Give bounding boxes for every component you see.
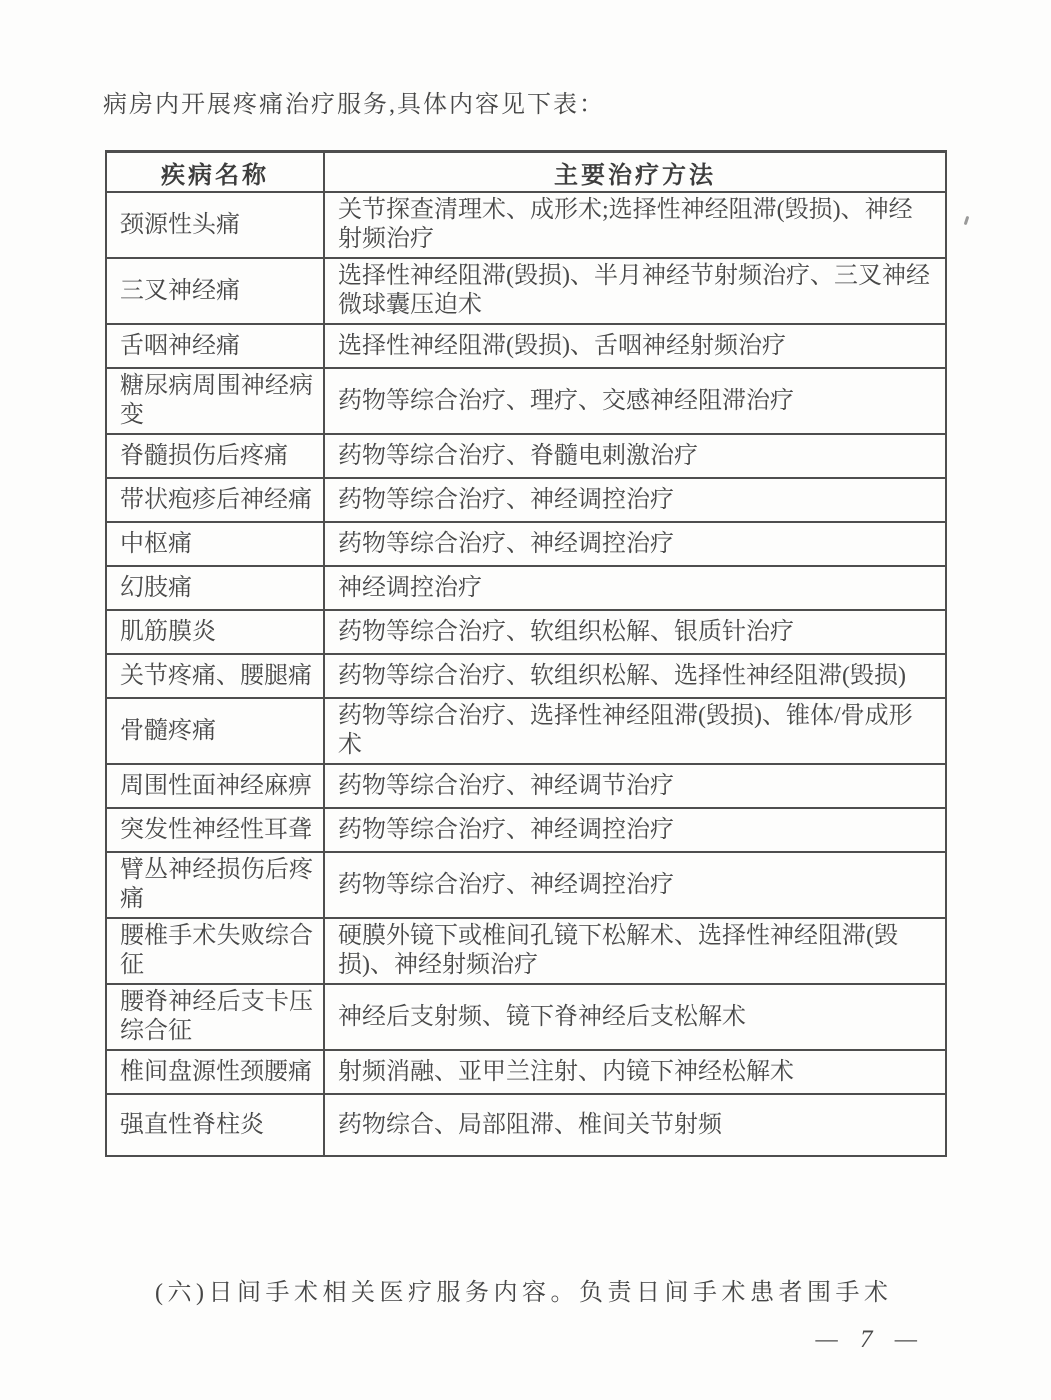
treatment-cell: 药物等综合治疗、选择性神经阻滞(毁损)、锥体/骨成形术 bbox=[324, 698, 946, 764]
table-row: 强直性脊柱炎 药物综合、局部阻滞、椎间关节射频 bbox=[106, 1094, 946, 1156]
disease-name-cell: 椎间盘源性颈腰痛 bbox=[106, 1050, 324, 1094]
treatment-cell: 药物等综合治疗、神经调控治疗 bbox=[324, 852, 946, 918]
disease-name-cell: 骨髓疼痛 bbox=[106, 698, 324, 764]
document-page: 病房内开展疼痛治疗服务,具体内容见下表： 疾病名称 主要治疗方法 颈源性头痛 关… bbox=[0, 0, 1051, 1400]
treatment-cell: 药物等综合治疗、神经调节治疗 bbox=[324, 764, 946, 808]
disease-name-cell: 幻肢痛 bbox=[106, 566, 324, 610]
col-header-disease: 疾病名称 bbox=[106, 152, 324, 193]
table-row: 三叉神经痛 选择性神经阻滞(毁损)、半月神经节射频治疗、三叉神经微球囊压迫术 bbox=[106, 258, 946, 324]
disease-name-cell: 脊髓损伤后疼痛 bbox=[106, 434, 324, 478]
treatment-cell: 射频消融、亚甲兰注射、内镜下神经松解术 bbox=[324, 1050, 946, 1094]
disease-name-cell: 带状疱疹后神经痛 bbox=[106, 478, 324, 522]
treatment-cell: 选择性神经阻滞(毁损)、半月神经节射频治疗、三叉神经微球囊压迫术 bbox=[324, 258, 946, 324]
table-row: 舌咽神经痛 选择性神经阻滞(毁损)、舌咽神经射频治疗 bbox=[106, 324, 946, 368]
table-row: 关节疼痛、腰腿痛 药物等综合治疗、软组织松解、选择性神经阻滞(毁损) bbox=[106, 654, 946, 698]
page-number: — 7 — bbox=[816, 1326, 925, 1354]
table-row: 幻肢痛 神经调控治疗 bbox=[106, 566, 946, 610]
treatment-cell: 关节探查清理术、成形术;选择性神经阻滞(毁损)、神经射频治疗 bbox=[324, 192, 946, 258]
disease-name-cell: 中枢痛 bbox=[106, 522, 324, 566]
disease-name-cell: 肌筋膜炎 bbox=[106, 610, 324, 654]
disease-name-cell: 臂丛神经损伤后疼痛 bbox=[106, 852, 324, 918]
table-row: 腰脊神经后支卡压综合征 神经后支射频、镜下脊神经后支松解术 bbox=[106, 984, 946, 1050]
table-row: 颈源性头痛 关节探查清理术、成形术;选择性神经阻滞(毁损)、神经射频治疗 bbox=[106, 192, 946, 258]
treatment-cell: 选择性神经阻滞(毁损)、舌咽神经射频治疗 bbox=[324, 324, 946, 368]
disease-name-cell: 舌咽神经痛 bbox=[106, 324, 324, 368]
treatment-cell: 硬膜外镜下或椎间孔镜下松解术、选择性神经阻滞(毁损)、神经射频治疗 bbox=[324, 918, 946, 984]
treatment-cell: 药物等综合治疗、理疗、交感神经阻滞治疗 bbox=[324, 368, 946, 434]
treatment-cell: 药物等综合治疗、神经调控治疗 bbox=[324, 478, 946, 522]
treatment-cell: 药物综合、局部阻滞、椎间关节射频 bbox=[324, 1094, 946, 1156]
treatment-cell: 药物等综合治疗、神经调控治疗 bbox=[324, 522, 946, 566]
table-row: 糖尿病周围神经病变 药物等综合治疗、理疗、交感神经阻滞治疗 bbox=[106, 368, 946, 434]
treatment-cell: 神经调控治疗 bbox=[324, 566, 946, 610]
footer-paragraph: (六)日间手术相关医疗服务内容。负责日间手术患者围手术 bbox=[155, 1272, 892, 1307]
treatment-cell: 药物等综合治疗、软组织松解、银质针治疗 bbox=[324, 610, 946, 654]
table-row: 椎间盘源性颈腰痛 射频消融、亚甲兰注射、内镜下神经松解术 bbox=[106, 1050, 946, 1094]
col-header-treatment: 主要治疗方法 bbox=[324, 152, 946, 193]
disease-name-cell: 突发性神经性耳聋 bbox=[106, 808, 324, 852]
intro-text: 病房内开展疼痛治疗服务,具体内容见下表： bbox=[103, 84, 605, 119]
table-row: 腰椎手术失败综合征 硬膜外镜下或椎间孔镜下松解术、选择性神经阻滞(毁损)、神经射… bbox=[106, 918, 946, 984]
disease-name-cell: 关节疼痛、腰腿痛 bbox=[106, 654, 324, 698]
table-row: 臂丛神经损伤后疼痛 药物等综合治疗、神经调控治疗 bbox=[106, 852, 946, 918]
treatment-table: 疾病名称 主要治疗方法 颈源性头痛 关节探查清理术、成形术;选择性神经阻滞(毁损… bbox=[105, 150, 947, 1157]
treatment-cell: 药物等综合治疗、软组织松解、选择性神经阻滞(毁损) bbox=[324, 654, 946, 698]
table-row: 脊髓损伤后疼痛 药物等综合治疗、脊髓电刺激治疗 bbox=[106, 434, 946, 478]
table-row: 突发性神经性耳聋 药物等综合治疗、神经调控治疗 bbox=[106, 808, 946, 852]
table-row: 周围性面神经麻痹 药物等综合治疗、神经调节治疗 bbox=[106, 764, 946, 808]
disease-name-cell: 糖尿病周围神经病变 bbox=[106, 368, 324, 434]
disease-name-cell: 三叉神经痛 bbox=[106, 258, 324, 324]
disease-name-cell: 腰脊神经后支卡压综合征 bbox=[106, 984, 324, 1050]
disease-name-cell: 颈源性头痛 bbox=[106, 192, 324, 258]
table-row: 带状疱疹后神经痛 药物等综合治疗、神经调控治疗 bbox=[106, 478, 946, 522]
table-row: 中枢痛 药物等综合治疗、神经调控治疗 bbox=[106, 522, 946, 566]
disease-name-cell: 强直性脊柱炎 bbox=[106, 1094, 324, 1156]
table-row: 肌筋膜炎 药物等综合治疗、软组织松解、银质针治疗 bbox=[106, 610, 946, 654]
treatment-cell: 药物等综合治疗、神经调控治疗 bbox=[324, 808, 946, 852]
disease-name-cell: 周围性面神经麻痹 bbox=[106, 764, 324, 808]
treatment-cell: 药物等综合治疗、脊髓电刺激治疗 bbox=[324, 434, 946, 478]
disease-name-cell: 腰椎手术失败综合征 bbox=[106, 918, 324, 984]
table-header-row: 疾病名称 主要治疗方法 bbox=[106, 152, 946, 193]
scan-speck bbox=[964, 216, 970, 225]
table-row: 骨髓疼痛 药物等综合治疗、选择性神经阻滞(毁损)、锥体/骨成形术 bbox=[106, 698, 946, 764]
treatment-cell: 神经后支射频、镜下脊神经后支松解术 bbox=[324, 984, 946, 1050]
